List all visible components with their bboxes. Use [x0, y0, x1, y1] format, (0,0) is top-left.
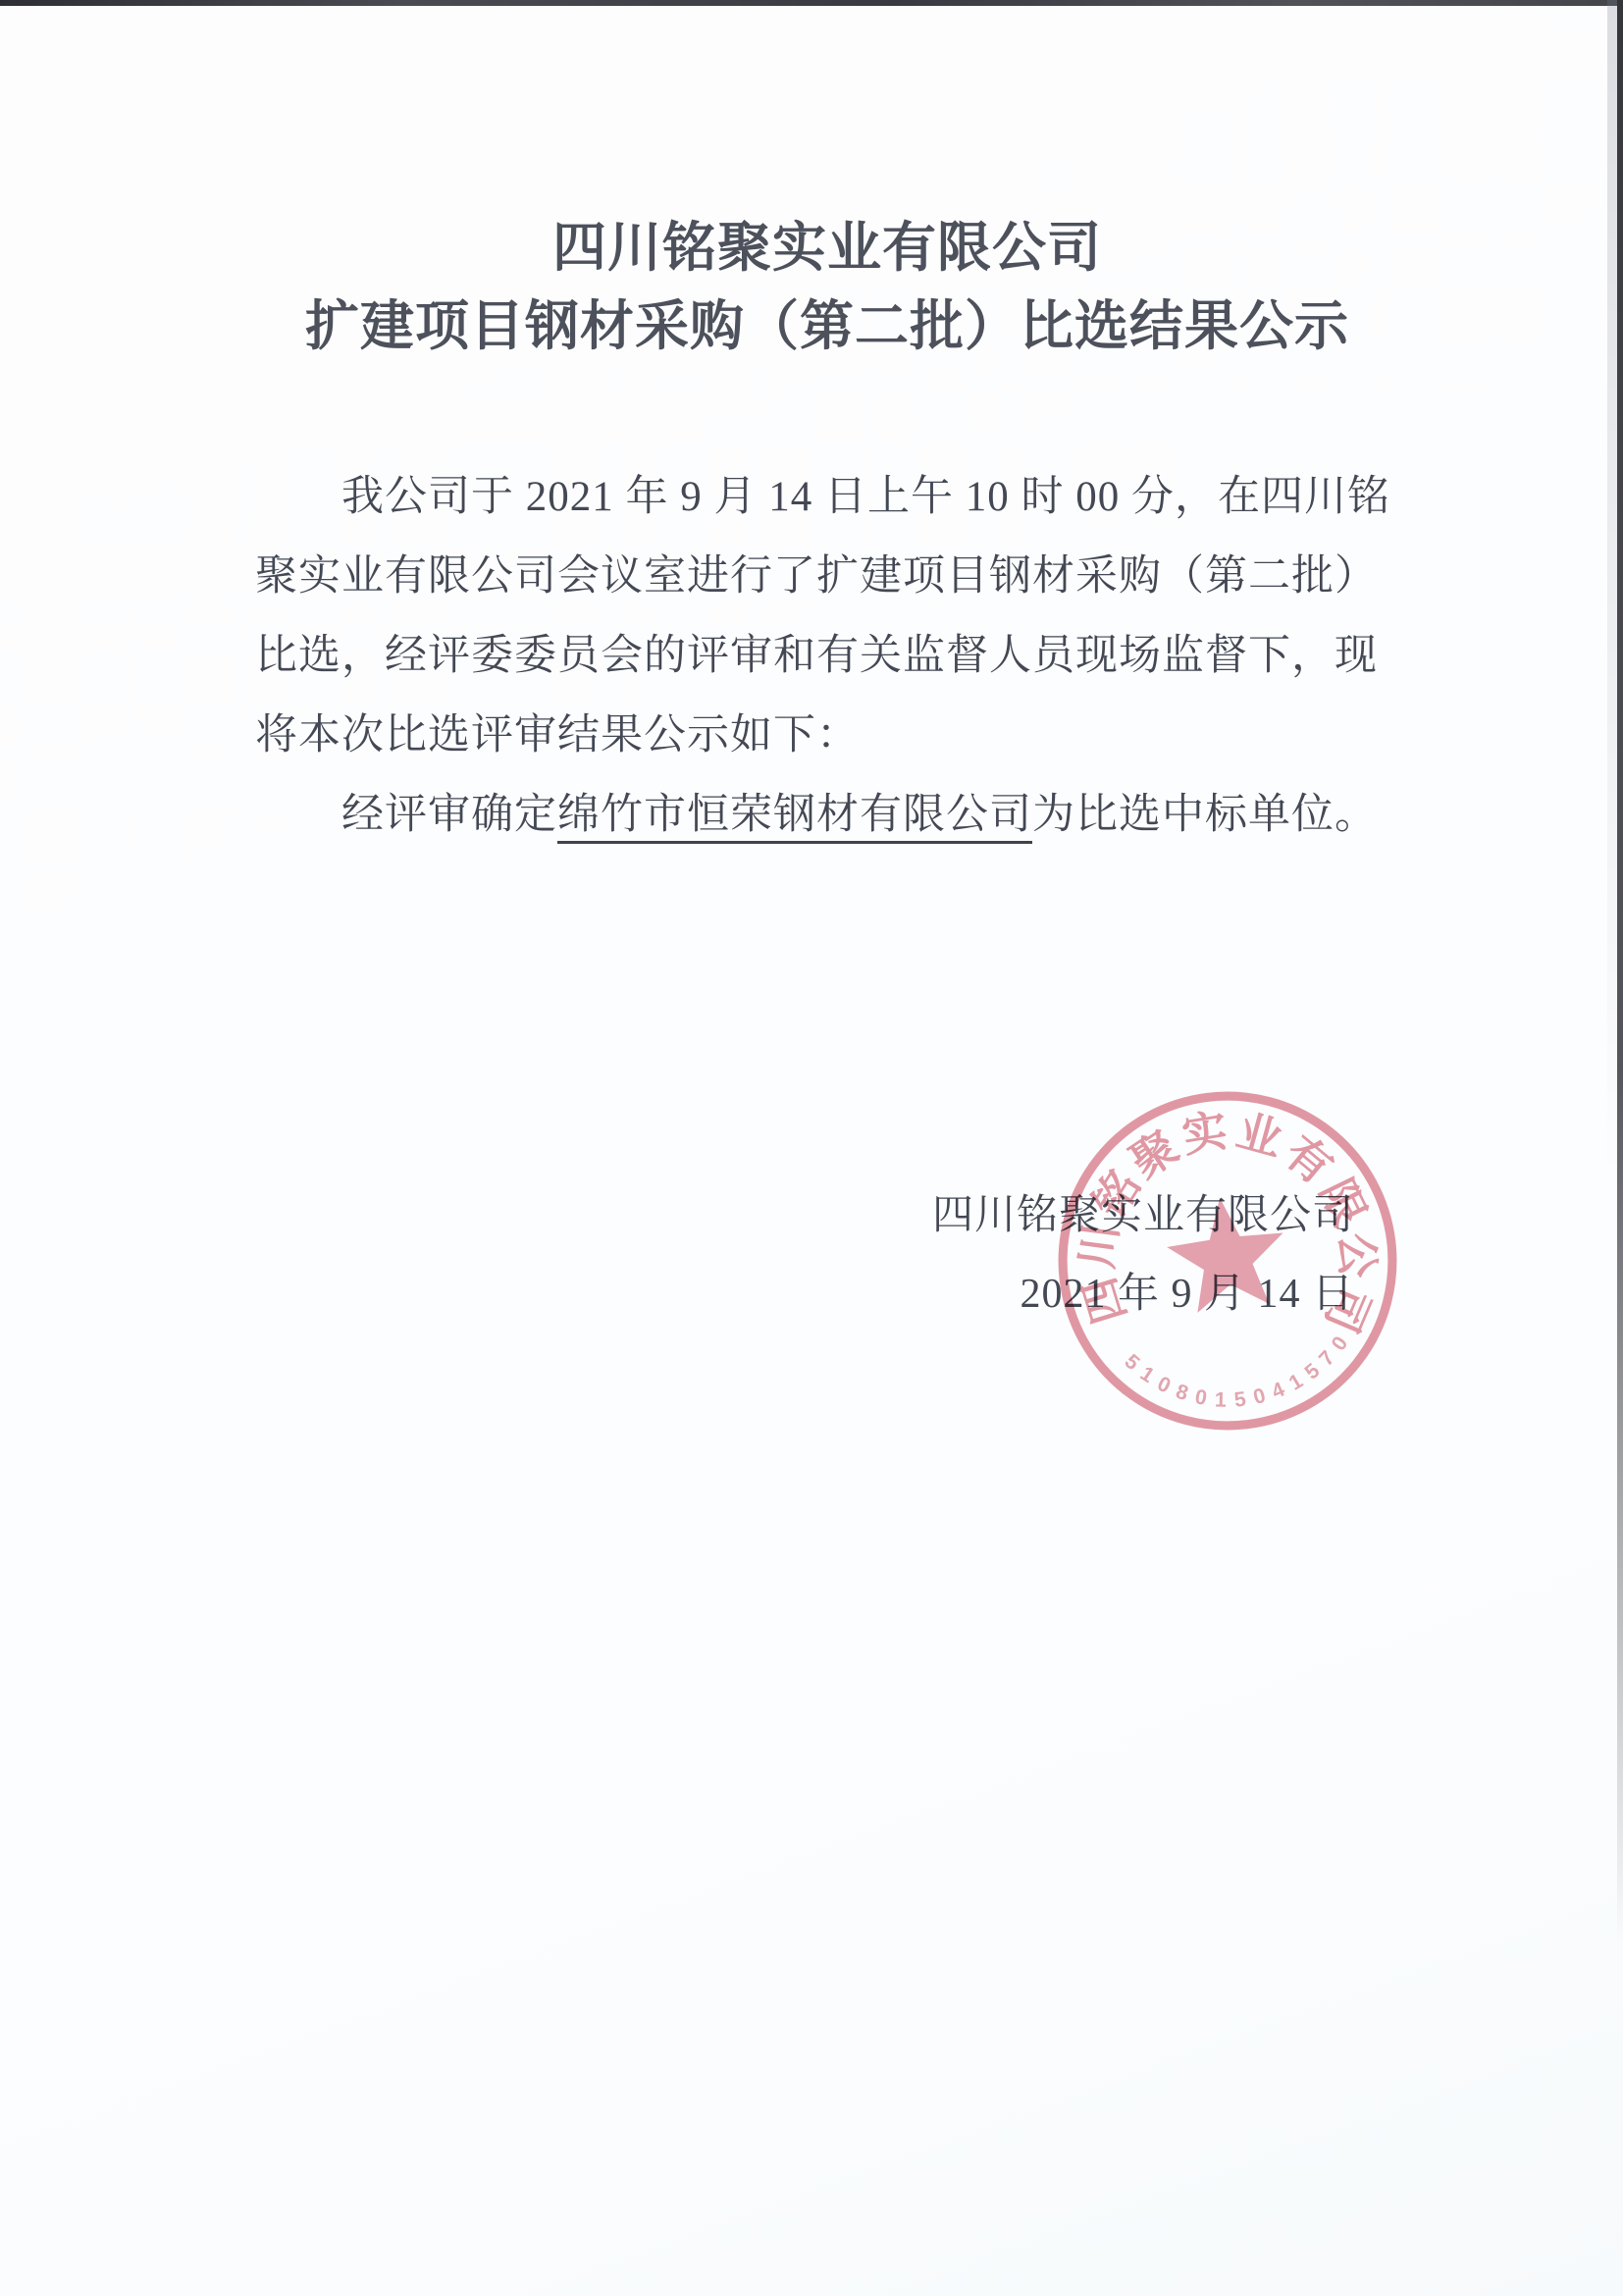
document-title: 四川铭聚实业有限公司 扩建项目钢材采购（第二批）比选结果公示 — [0, 208, 1623, 365]
scan-artifact-top-edge — [0, 0, 1623, 6]
scan-artifact-right-shadow — [1607, 0, 1617, 1177]
result-prefix: 经评审确定 — [341, 792, 557, 838]
title-line-company: 四川铭聚实业有限公司 — [31, 208, 1623, 287]
paragraph1-line1: 我公司于 2021 年 9 月 14 日上午 10 时 00 分，在四川铭 — [255, 457, 1374, 537]
title-line-subject: 扩建项目钢材采购（第二批）比选结果公示 — [31, 287, 1623, 365]
paragraph2-line: 经评审确定绵竹市恒荣钢材有限公司为比选中标单位。 — [255, 775, 1374, 855]
paragraph1-line4: 将本次比选评审结果公示如下： — [255, 696, 1374, 775]
seal-svg: 四川铭聚实业有限公司 5108015041570 — [1034, 1068, 1422, 1455]
document-body: 我公司于 2021 年 9 月 14 日上午 10 时 00 分，在四川铭 聚实… — [255, 457, 1374, 855]
company-seal-stamp: 四川铭聚实业有限公司 5108015041570 — [1034, 1068, 1422, 1455]
paragraph1-line3: 比选，经评委委员会的评审和有关监督人员现场监督下，现 — [255, 616, 1374, 696]
paragraph1-line2: 聚实业有限公司会议室进行了扩建项目钢材采购（第二批） — [255, 537, 1374, 616]
seal-star-icon — [1162, 1190, 1291, 1315]
scanned-document-page: 四川铭聚实业有限公司 扩建项目钢材采购（第二批）比选结果公示 我公司于 2021… — [0, 0, 1623, 2296]
winning-bidder-name: 绵竹市恒荣钢材有限公司 — [557, 792, 1032, 844]
result-suffix: 为比选中标单位。 — [1032, 792, 1378, 838]
